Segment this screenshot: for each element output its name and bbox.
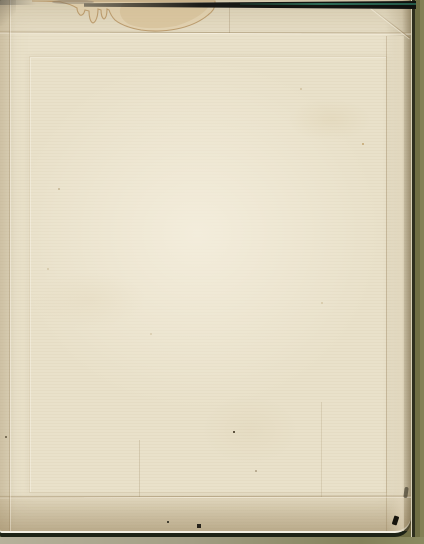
platemark-impression — [29, 56, 387, 493]
right-edge-shadow — [402, 0, 411, 531]
page-scan — [0, 0, 424, 544]
fold-line-left — [9, 0, 10, 531]
edge-smudge-center — [52, 0, 94, 4]
bottom-margin-band — [0, 497, 411, 531]
teal-reflection-line — [240, 3, 416, 5]
crease-bottom-right — [321, 402, 322, 497]
blank-page — [0, 0, 411, 531]
right-margin-line — [386, 36, 387, 531]
edge-smudge-left — [0, 0, 36, 5]
crease-bottom-left — [139, 440, 140, 497]
backing-strip-bottom — [0, 537, 424, 544]
gutter-margin-band — [0, 0, 9, 531]
backing-strip-right — [411, 0, 424, 544]
